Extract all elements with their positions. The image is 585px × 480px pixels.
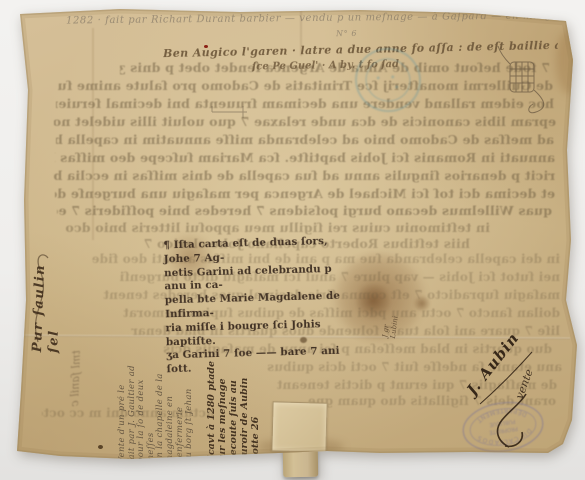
seal-tag-tail <box>283 449 318 478</box>
archive-oval-stamp: DU CALVADOS DÉPARTEMENT PROPRIÉTÉ PUBLIQ… <box>460 398 546 457</box>
left-signature-flourish <box>35 255 48 342</box>
ink-and-stamp-overlay: DU CALVADOS DÉPARTEMENT PROPRIÉTÉ PUBLIQ… <box>0 0 585 480</box>
scanned-parchment-document: 7 ſode heſout omib de Anna de Argenca ſe… <box>0 0 585 480</box>
blue-round-stamp <box>350 43 425 117</box>
parchment-shadow-wrap: 7 ſode heſout omib de Anna de Argenca ſe… <box>0 0 585 480</box>
grid-doodle <box>498 46 544 113</box>
parchment-sheet: 7 ſode heſout omib de Anna de Argenca ſe… <box>0 0 585 480</box>
dash-cross-mark <box>212 106 247 118</box>
